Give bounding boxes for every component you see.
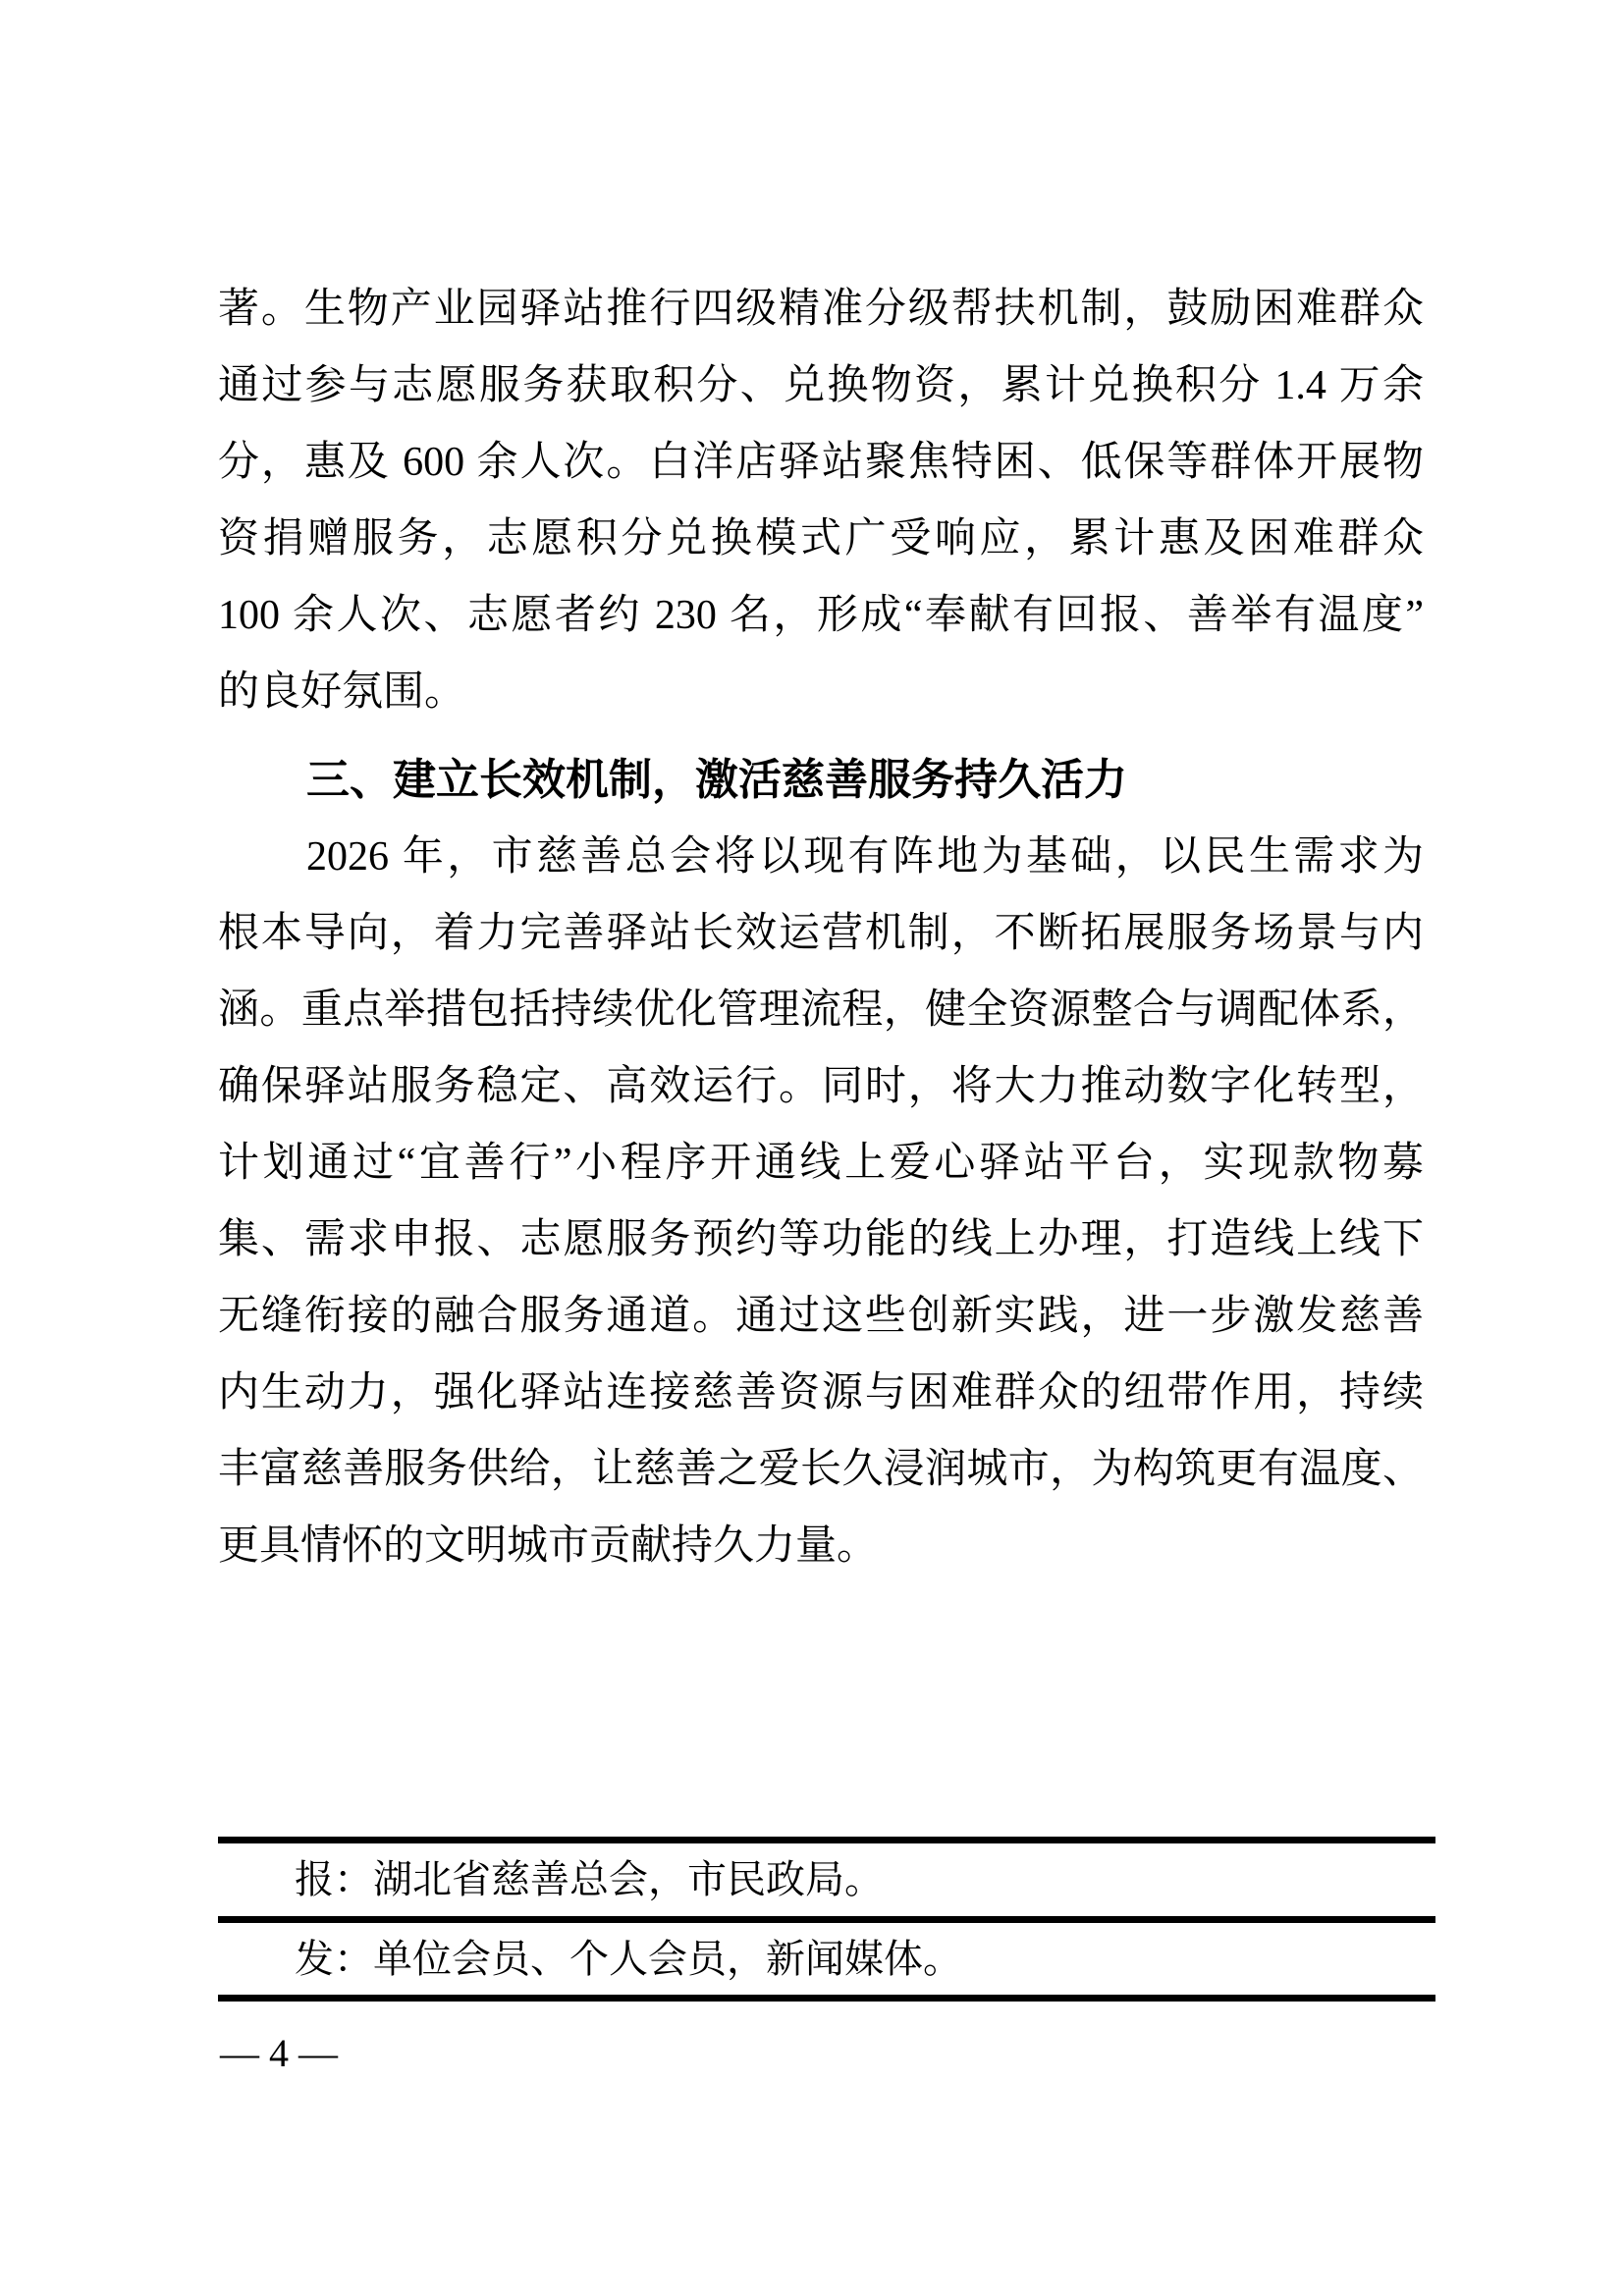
separator-rule-top	[218, 1837, 1435, 1843]
paragraph-line: 内生动力，强化驿站连接慈善资源与困难群众的纽带作用，持续	[218, 1355, 1424, 1431]
document-body: 著。生物产业园驿站推行四级精准分级帮扶机制，鼓励困难群众 通过参与志愿服务获取积…	[218, 271, 1424, 1584]
paragraph-line: 更具情怀的文明城市贡献持久力量。	[218, 1508, 1424, 1584]
page-number: — 4 —	[220, 2024, 338, 2083]
paragraph-line: 的良好氛围。	[218, 654, 1424, 730]
paragraph-line: 确保驿站服务稳定、高效运行。同时，将大力推动数字化转型，	[218, 1048, 1424, 1125]
separator-rule-bottom	[218, 1995, 1435, 2002]
paragraph-line: 资捐赠服务，志愿积分兑换模式广受响应，累计惠及困难群众	[218, 501, 1424, 577]
separator-rule-middle	[218, 1916, 1435, 1923]
paragraph-line: 丰富慈善服务供给，让慈善之爱长久浸润城市，为构筑更有温度、	[218, 1431, 1424, 1508]
paragraph-line: 涵。重点举措包括持续优化管理流程，健全资源整合与调配体系，	[218, 972, 1424, 1048]
document-page: 著。生物产业园驿站推行四级精准分级帮扶机制，鼓励困难群众 通过参与志愿服务获取积…	[0, 0, 1624, 2296]
paragraph-line: 分，惠及 600 余人次。白洋店驿站聚焦特困、低保等群体开展物	[218, 424, 1424, 501]
paragraph-line: 著。生物产业园驿站推行四级精准分级帮扶机制，鼓励困难群众	[218, 271, 1424, 347]
report-note: 报：湖北省慈善总会，市民政局。	[295, 1843, 884, 1916]
section-heading: 三、建立长效机制，激活慈善服务持久活力	[218, 742, 1424, 819]
paragraph-line: 100 余人次、志愿者约 230 名，形成“奉献有回报、善举有温度”	[218, 577, 1424, 654]
paragraph-line: 通过参与志愿服务获取积分、兑换物资，累计兑换积分 1.4 万余	[218, 347, 1424, 424]
paragraph-line: 计划通过“宜善行”小程序开通线上爱心驿站平台，实现款物募	[218, 1125, 1424, 1201]
paragraph-line: 2026 年，市慈善总会将以现有阵地为基础，以民生需求为	[218, 819, 1424, 895]
paragraph-line: 无缝衔接的融合服务通道。通过这些创新实践，进一步激发慈善	[218, 1278, 1424, 1355]
paragraph-line: 集、需求申报、志愿服务预约等功能的线上办理，打造线上线下	[218, 1201, 1424, 1278]
distribution-note: 发：单位会员、个人会员，新闻媒体。	[295, 1923, 962, 1995]
paragraph-line: 根本导向，着力完善驿站长效运营机制，不断拓展服务场景与内	[218, 895, 1424, 972]
